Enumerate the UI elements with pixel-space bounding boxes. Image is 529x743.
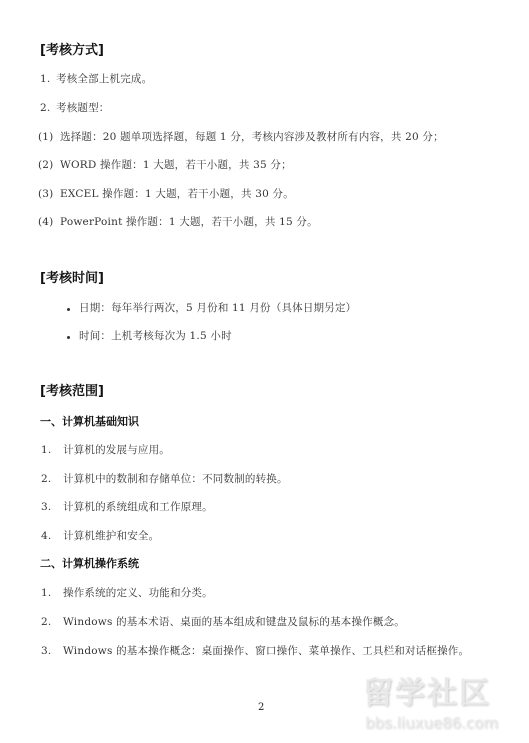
item-text: WORD 操作题：1 大题，若干小题，共 35 分； <box>60 159 292 171</box>
bullet-icon <box>67 336 70 339</box>
section-heading-time: [考核时间] <box>40 271 104 287</box>
item-number: (2) <box>38 158 60 172</box>
bullet-icon <box>67 308 70 311</box>
item-text: 计算机中的数制和存储单位：不同数制的转换。 <box>63 473 288 485</box>
watermark-logo: 留学社区 bbs.liuxue86.com <box>363 677 523 737</box>
item-text: 计算机维护和安全。 <box>63 530 159 542</box>
item-text: Windows 的基本术语、桌面的基本组成和键盘及鼠标的基本操作概念。 <box>63 616 405 628</box>
scope-part-2-item-3: 3.Windows 的基本操作概念：桌面操作、窗口操作、菜单操作、工具栏和对话框… <box>41 644 469 658</box>
item-text: PowerPoint 操作题：1 大题，若干小题，共 15 分。 <box>60 216 318 228</box>
item-text: 操作系统的定义、功能和分类。 <box>63 587 213 599</box>
watermark-url: bbs.liuxue86.com <box>365 714 498 732</box>
item-number: (3) <box>38 187 60 201</box>
time-bullet-duration: 时间：上机考核每次为 1.5 小时 <box>79 329 232 343</box>
scope-part-1-item-3: 3.计算机的系统组成和工作原理。 <box>41 500 213 514</box>
item-text: 选择题：20 题单项选择题，每题 1 分，考核内容涉及教材所有内容，共 20 分… <box>60 131 444 143</box>
item-number: 2. <box>41 615 63 629</box>
item-number: 1. <box>40 72 56 86</box>
time-bullet-date: 日期：每年举行两次，5 月份和 11 月份（具体日期另定） <box>79 301 356 315</box>
scope-part-1-item-1: 1.计算机的发展与应用。 <box>41 443 170 457</box>
item-number: (4) <box>38 215 60 229</box>
method-subitem-3: (3)EXCEL 操作题：1 大题，若干小题，共 30 分。 <box>38 187 294 201</box>
item-text: 考核题型： <box>56 102 110 114</box>
watermark-title: 留学社区 <box>363 677 491 711</box>
item-number: (1) <box>38 130 60 144</box>
item-number: 3. <box>41 500 63 514</box>
document-page: [考核方式] 1.考核全部上机完成。 2.考核题型： (1)选择题：20 题单项… <box>0 0 529 743</box>
item-number: 3. <box>41 644 63 658</box>
method-subitem-4: (4)PowerPoint 操作题：1 大题，若干小题，共 15 分。 <box>38 215 318 229</box>
scope-part-2-item-1: 1.操作系统的定义、功能和分类。 <box>41 586 213 600</box>
scope-part-2-title: 二、计算机操作系统 <box>40 557 139 571</box>
scope-part-1-title: 一、计算机基础知识 <box>40 415 139 429</box>
method-item-2: 2.考核题型： <box>40 101 110 115</box>
item-text: 计算机的发展与应用。 <box>63 444 170 456</box>
method-subitem-2: (2)WORD 操作题：1 大题，若干小题，共 35 分； <box>38 158 292 172</box>
method-subitem-1: (1)选择题：20 题单项选择题，每题 1 分，考核内容涉及教材所有内容，共 2… <box>38 130 444 144</box>
section-heading-scope: [考核范围] <box>40 384 104 400</box>
scope-part-1-item-4: 4.计算机维护和安全。 <box>41 529 159 543</box>
item-text: EXCEL 操作题：1 大题，若干小题，共 30 分。 <box>60 188 294 200</box>
item-number: 2. <box>41 472 63 486</box>
page-number: 2 <box>258 702 264 713</box>
item-number: 4. <box>41 529 63 543</box>
section-heading-method: [考核方式] <box>40 43 104 59</box>
item-text: 考核全部上机完成。 <box>56 73 152 85</box>
method-item-1: 1.考核全部上机完成。 <box>40 72 152 86</box>
item-text: Windows 的基本操作概念：桌面操作、窗口操作、菜单操作、工具栏和对话框操作… <box>63 645 469 657</box>
scope-part-1-item-2: 2.计算机中的数制和存储单位：不同数制的转换。 <box>41 472 288 486</box>
item-number: 1. <box>41 443 63 457</box>
item-text: 计算机的系统组成和工作原理。 <box>63 501 213 513</box>
scope-part-2-item-2: 2.Windows 的基本术语、桌面的基本组成和键盘及鼠标的基本操作概念。 <box>41 615 405 629</box>
item-number: 2. <box>40 101 56 115</box>
item-number: 1. <box>41 586 63 600</box>
